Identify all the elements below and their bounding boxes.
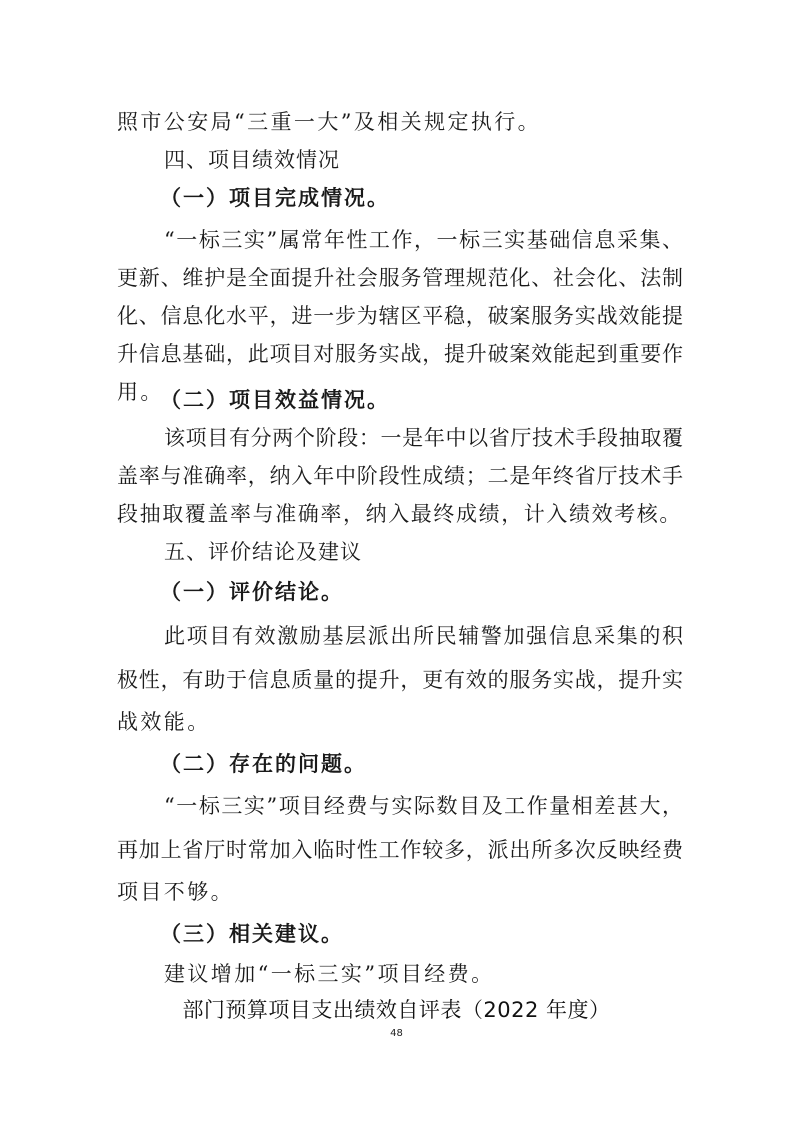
- subheading-conclusion: （一）评价结论。: [160, 578, 726, 606]
- paragraph-line: 升信息基础，此项目对服务实战，提升破案效能起到重要作: [117, 340, 683, 368]
- paragraph-line: 战效能。: [117, 708, 683, 736]
- subheading-completion: （一）项目完成情况。: [160, 184, 726, 212]
- paragraph-line: 该项目有分两个阶段：一是年中以省厅技术手段抽取覆: [164, 424, 683, 452]
- subheading-suggestions: （三）相关建议。: [160, 920, 726, 948]
- paragraph-line: 项目不够。: [117, 878, 683, 906]
- section-heading-5: 五、评价结论及建议: [164, 538, 683, 566]
- paragraph-line: 极性，有助于信息质量的提升，更有效的服务实战，提升实: [117, 666, 683, 694]
- subheading-benefit: （二）项目效益情况。: [160, 386, 726, 414]
- paragraph-line: 此项目有效激励基层派出所民辅警加强信息采集的积: [164, 622, 683, 650]
- page-number: 48: [0, 1027, 793, 1041]
- section-heading-4: 四、项目绩效情况: [164, 146, 683, 174]
- paragraph-line: “一标三实”属常年性工作，一标三实基础信息采集、: [164, 226, 683, 254]
- paragraph-line: 建议增加“一标三实”项目经费。: [164, 960, 683, 988]
- document-page: 照市公安局“三重一大”及相关规定执行。 四、项目绩效情况 （一）项目完成情况。 …: [0, 0, 793, 1122]
- table-title: 部门预算项目支出绩效自评表（2022 年度）: [0, 996, 793, 1024]
- paragraph-line: “一标三实”项目经费与实际数目及工作量相差甚大，: [164, 792, 683, 820]
- paragraph-line: 更新、维护是全面提升社会服务管理规范化、社会化、法制: [117, 264, 683, 292]
- paragraph-line: 段抽取覆盖率与准确率，纳入最终成绩，计入绩效考核。: [117, 500, 683, 528]
- paragraph-line: 化、信息化水平，进一步为辖区平稳，破案服务实战效能提: [117, 302, 683, 330]
- paragraph-line: 照市公安局“三重一大”及相关规定执行。: [117, 108, 683, 136]
- paragraph-line: 再加上省厅时常加入临时性工作较多，派出所多次反映经费: [117, 836, 683, 864]
- paragraph-line: 盖率与准确率，纳入年中阶段性成绩；二是年终省厅技术手: [117, 462, 683, 490]
- subheading-problems: （二）存在的问题。: [160, 750, 726, 778]
